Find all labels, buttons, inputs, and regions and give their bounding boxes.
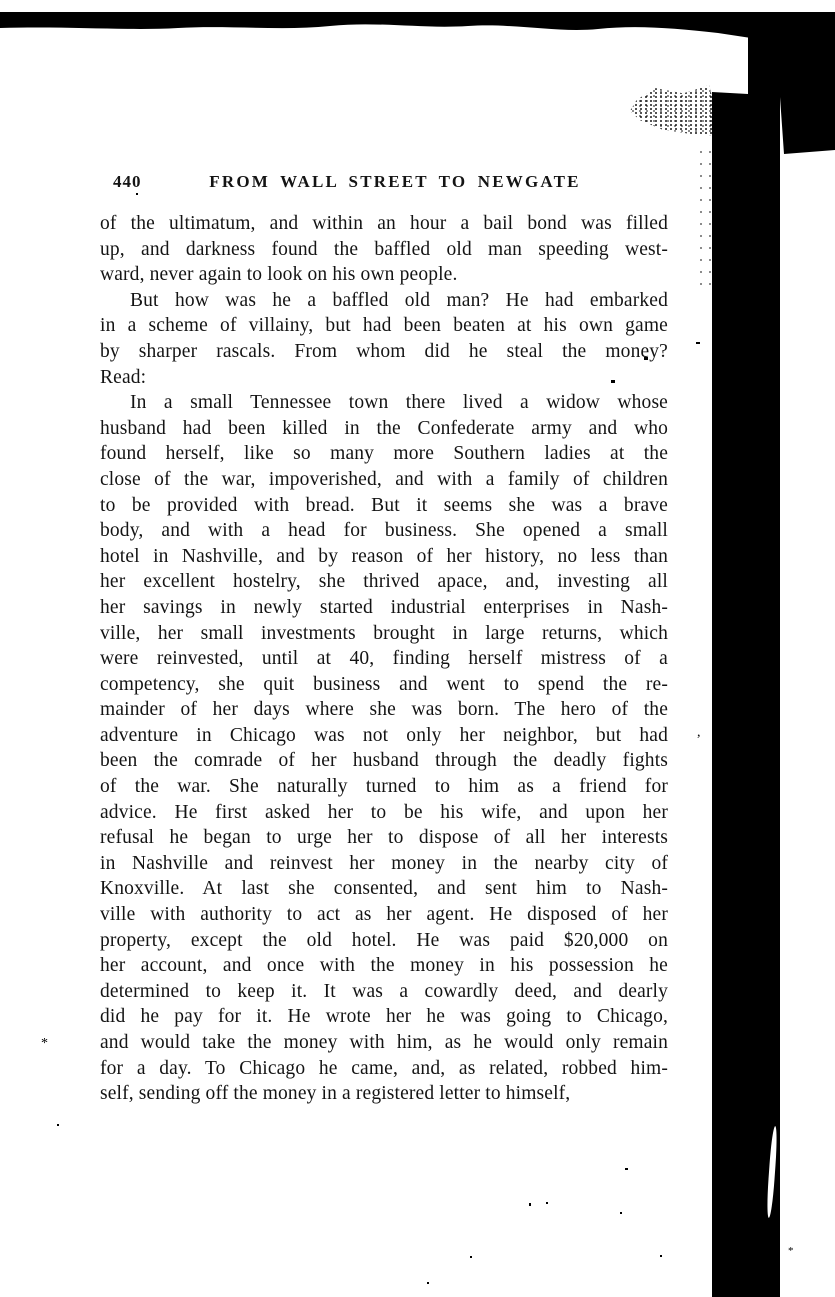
scan-speck — [620, 1212, 622, 1214]
scan-noise-strip — [699, 150, 714, 295]
scan-speck — [529, 1203, 531, 1206]
text-line: ville with authority to act as her agent… — [100, 902, 668, 928]
text-line: of the ultimatum, and within an hour a b… — [100, 211, 668, 237]
scan-speck — [546, 1202, 548, 1204]
scan-speck — [470, 1256, 472, 1258]
text-line: her savings in newly started industrial … — [100, 595, 668, 621]
scan-mark-glyph: * — [788, 1246, 794, 1257]
text-line: determined to keep it. It was a cowardly… — [100, 979, 668, 1005]
text-line: ville, her small investments brought in … — [100, 621, 668, 647]
text-line: But how was he a baffled old man? He had… — [100, 288, 668, 314]
scan-mark-glyph: , — [697, 726, 701, 740]
text-line: mainder of her days where she was born. … — [100, 697, 668, 723]
scan-speck — [660, 1255, 662, 1257]
text-line: adventure in Chicago was not only her ne… — [100, 723, 668, 749]
text-line: her account, and once with the money in … — [100, 953, 668, 979]
scan-edge-top — [0, 0, 835, 160]
text-line: and would take the money with him, as he… — [100, 1030, 668, 1056]
text-line: up, and darkness found the baffled old m… — [100, 237, 668, 263]
text-line: refusal he began to urge her to dispose … — [100, 825, 668, 851]
text-line: for a day. To Chicago he came, and, as r… — [100, 1056, 668, 1082]
text-line: to be provided with bread. But it seems … — [100, 493, 668, 519]
scan-edge-right-band — [712, 30, 780, 1297]
scan-speck — [696, 342, 700, 344]
text-line: found herself, like so many more Souther… — [100, 441, 668, 467]
text-line: Read: — [100, 365, 668, 391]
text-line: her excellent hostelry, she thrived apac… — [100, 569, 668, 595]
text-line: close of the war, impoverished, and with… — [100, 467, 668, 493]
text-line: in Nashville and reinvest her money in t… — [100, 851, 668, 877]
text-line: Knoxville. At last she consented, and se… — [100, 876, 668, 902]
text-line: ward, never again to look on his own peo… — [100, 262, 668, 288]
text-line: by sharper rascals. From whom did he ste… — [100, 339, 668, 365]
scanned-book-page: 440 FROM WALL STREET TO NEWGATE of the u… — [0, 0, 835, 1297]
scan-speck — [427, 1282, 429, 1284]
text-line: property, except the old hotel. He was p… — [100, 928, 668, 954]
text-line: were reinvested, until at 40, finding he… — [100, 646, 668, 672]
page-body-text: of the ultimatum, and within an hour a b… — [100, 211, 668, 1107]
page-header: 440 FROM WALL STREET TO NEWGATE — [100, 172, 668, 196]
text-line: In a small Tennessee town there lived a … — [100, 390, 668, 416]
scan-speck — [57, 1124, 59, 1126]
scan-speck — [625, 1168, 628, 1170]
text-line: body, and with a head for business. She … — [100, 518, 668, 544]
scan-mark-glyph: * — [41, 1037, 48, 1051]
text-line: hotel in Nashville, and by reason of her… — [100, 544, 668, 570]
text-line: been the comrade of her husband through … — [100, 748, 668, 774]
text-line: self, sending off the money in a registe… — [100, 1081, 668, 1107]
text-line: in a scheme of villainy, but had been be… — [100, 313, 668, 339]
running-title: FROM WALL STREET TO NEWGATE — [100, 172, 668, 192]
text-line: did he pay for it. He wrote her he was g… — [100, 1004, 668, 1030]
text-line: husband had been killed in the Confedera… — [100, 416, 668, 442]
text-line: of the war. She naturally turned to him … — [100, 774, 668, 800]
text-line: competency, she quit business and went t… — [100, 672, 668, 698]
text-line: advice. He first asked her to be his wif… — [100, 800, 668, 826]
